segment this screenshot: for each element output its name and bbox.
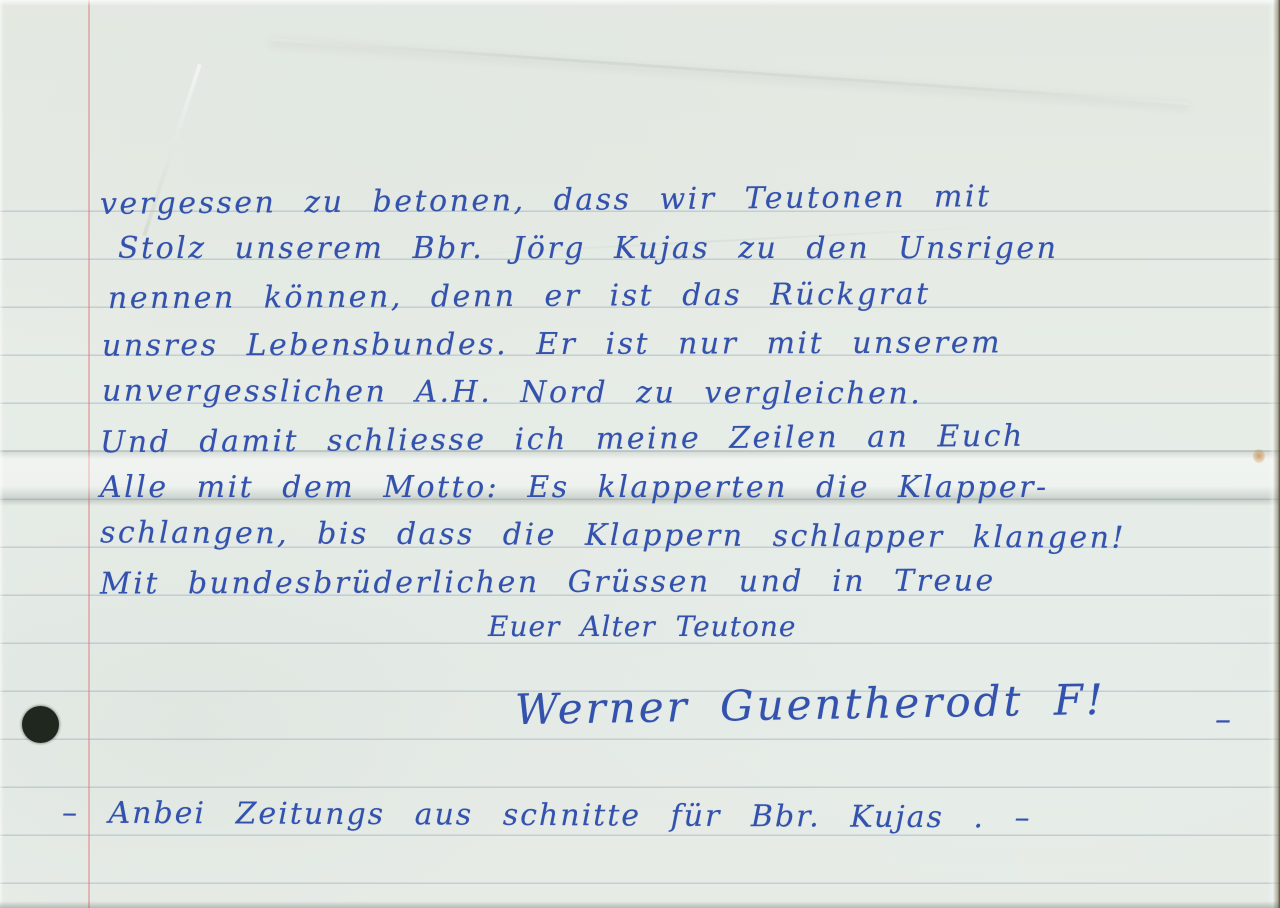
handwriting-line: Mit bundesbrüderlichen Grüssen und in Tr… bbox=[100, 563, 996, 601]
postscript-line: – Anbei Zeitungs aus schnitte für Bbr. K… bbox=[62, 795, 1032, 835]
handwriting-line: Und damit schliesse ich meine Zeilen an … bbox=[100, 419, 1025, 460]
handwriting-line: Stolz unserem Bbr. Jörg Kujas zu den Uns… bbox=[118, 231, 1058, 266]
handwriting-line: schlangen, bis dass die Klappern schlapp… bbox=[100, 515, 1126, 555]
scanned-letter-page: vergessen zu betonen, dass wir Teutonen … bbox=[0, 0, 1280, 908]
scan-edge-right bbox=[1268, 0, 1280, 908]
scan-edge-top bbox=[0, 0, 1280, 6]
signature-dash: – bbox=[1215, 700, 1231, 738]
closing-line: Euer Alter Teutone bbox=[488, 610, 796, 643]
signature: Werner Guentherodt F! bbox=[515, 675, 1107, 734]
hole-punch-mark bbox=[22, 706, 59, 743]
handwriting-line: nennen können, denn er ist das Rückgrat bbox=[108, 277, 931, 316]
handwriting-line: unsres Lebensbundes. Er ist nur mit unse… bbox=[102, 325, 1002, 363]
scan-edge-left bbox=[0, 0, 4, 908]
paper-crease bbox=[271, 38, 1189, 105]
stain-mark bbox=[1253, 449, 1265, 463]
margin-line bbox=[88, 0, 90, 908]
scan-edge-bottom bbox=[0, 901, 1280, 908]
handwriting-line: unvergesslichen A.H. Nord zu vergleichen… bbox=[102, 374, 922, 412]
handwriting-line: Alle mit dem Motto: Es klapperten die Kl… bbox=[100, 470, 1049, 505]
handwriting-line: vergessen zu betonen, dass wir Teutonen … bbox=[100, 179, 992, 222]
